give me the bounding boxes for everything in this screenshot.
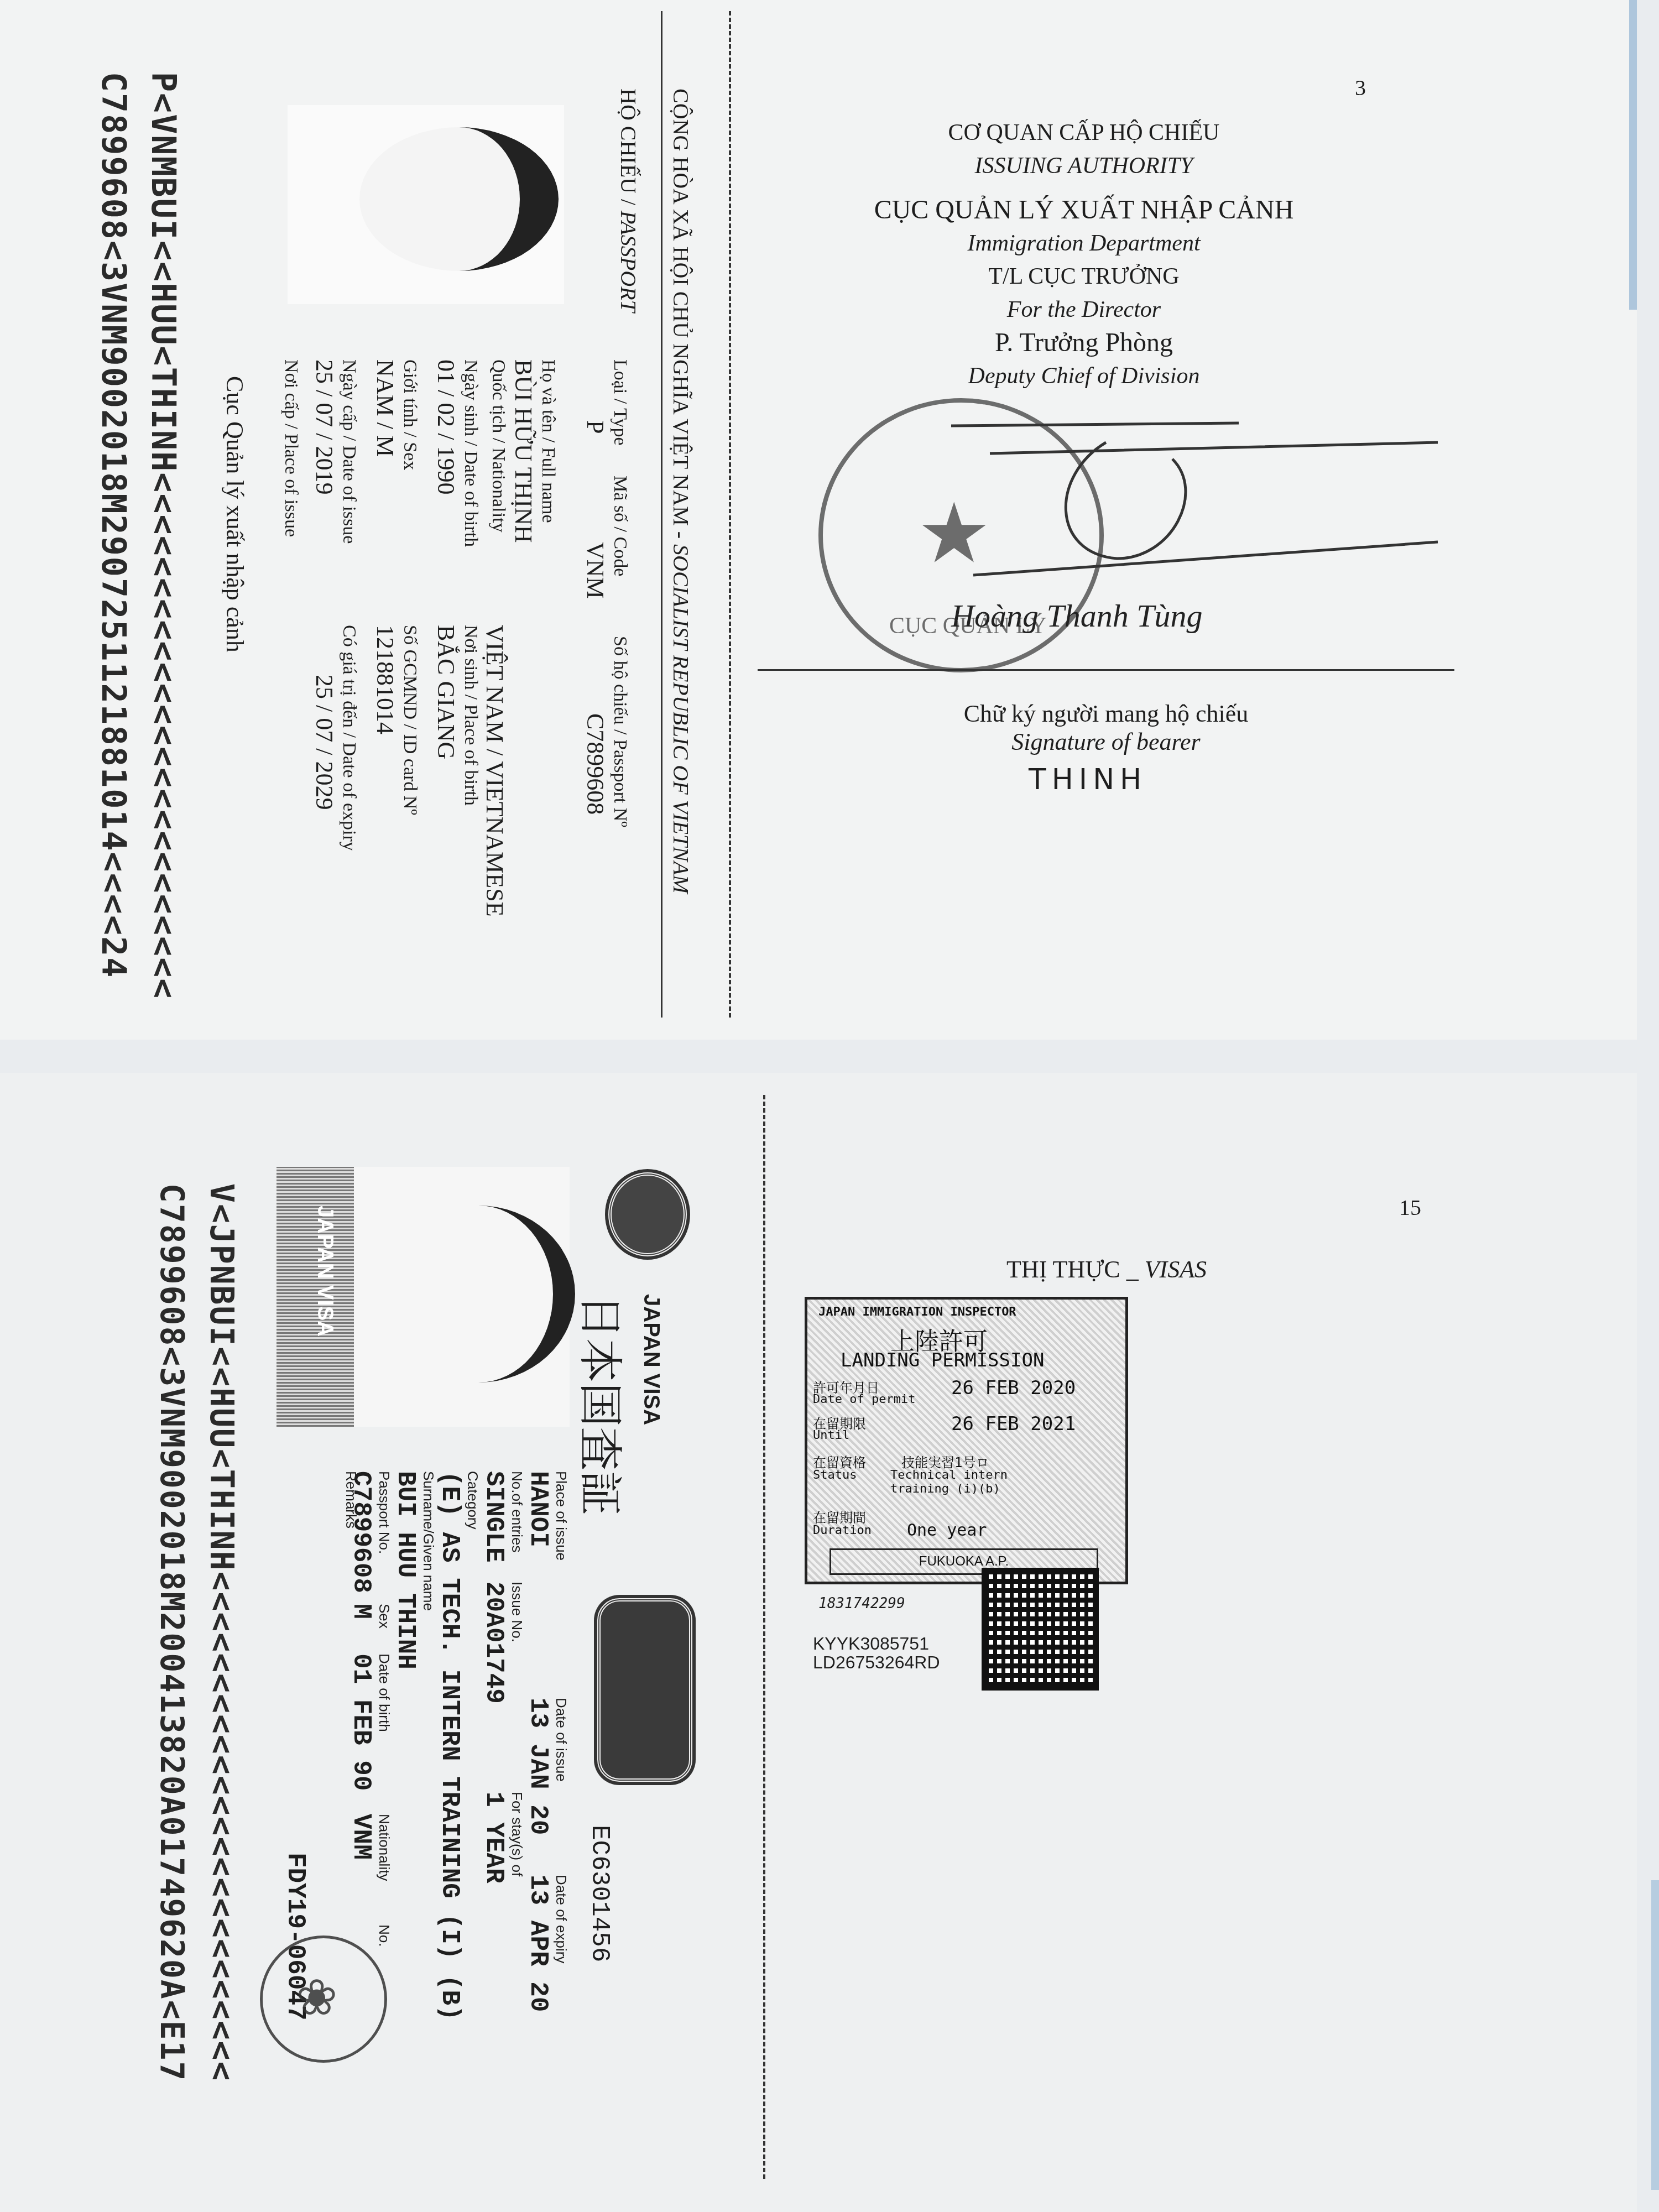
field-id-card: Số GCMND / ID card Nº 121881014: [371, 625, 420, 815]
issuing-authority-block: CƠ QUAN CẤP HỘ CHIẾU ISSUING AUTHORITY C…: [763, 116, 1405, 393]
visa-place-of-issue: Place of issue HANOI: [524, 1471, 570, 1561]
signature-divider: [758, 669, 1454, 671]
passport-doc-title: HỘ CHIẾU / PASSPORT: [615, 88, 641, 312]
bearer-signature-label: Chữ ký người mang hộ chiếu Signature of …: [830, 700, 1383, 756]
passport-mrz-line-1: P<VNMBUI<<HUU<THINH<<<<<<<<<<<<<<<<<<<<<…: [144, 72, 182, 999]
visa-no-label: No.: [375, 1924, 393, 1947]
page-border: [661, 11, 662, 1018]
fold-line: [729, 11, 731, 1018]
visa-photo: JAPAN VISA: [276, 1167, 570, 1427]
background-edge: [1651, 1880, 1659, 2190]
field-nationality: VIỆT NAM / VIETNAMESE: [481, 625, 509, 917]
visa-category: Category (E) AS TECH. INTERN TRAINING (I…: [435, 1471, 481, 2021]
visa-date-of-expiry: Date of expiry 13 APR 20: [524, 1875, 570, 2012]
visa-sex: Sex M: [347, 1604, 393, 1629]
visa-remarks-label: Remarks: [342, 1471, 359, 1528]
visa-date-of-issue: Date of issue 13 JAN 20: [524, 1698, 570, 1835]
field-issue-date: Ngày cấp / Date of issue 25 / 07 / 2019: [310, 359, 359, 544]
visa-entries: No.of entries SINGLE: [479, 1471, 525, 1563]
visa-serial: EC6301456: [585, 1825, 614, 1962]
background-edge: [1629, 0, 1637, 310]
field-code: Mã số / Code VNM: [581, 476, 630, 599]
page-number: 3: [1355, 75, 1366, 101]
visa-mrz-line-1: V<JPNBUI<<HUU<THINH<<<<<<<<<<<<<<<<<<<<<…: [203, 1183, 241, 2081]
field-expiry: Có giá trị đến / Date of expiry 25 / 07 …: [310, 625, 359, 851]
field-pob: Nơi sinh / Place of birth BẮC GIANG: [432, 625, 481, 806]
visa-ornament: [597, 1598, 692, 1782]
landing-permission-stamp: JAPAN IMMIGRATION INSPECTOR 上陸許可 LANDING…: [805, 1297, 1128, 1584]
face-shape: [382, 1206, 575, 1383]
visa-nationality: Nationality VNM: [347, 1814, 393, 1881]
cherry-blossom-icon: [608, 1172, 687, 1256]
director-signature: [940, 409, 1465, 586]
visa-title-japanese: 日本国査証: [572, 1294, 636, 1515]
field-type: Loại / Type P: [581, 359, 630, 446]
stamp-codes: KYYK3085751 LD26753264RD: [813, 1634, 940, 1672]
field-full-name: Họ và tên / Full name BÙI HỮU THỊNH: [509, 359, 559, 543]
passport-spread: CỘNG HÒA XÃ HỘI CHỦ NGHĨA VIỆT NAM - SOC…: [0, 0, 1637, 1040]
field-dob: Ngày sinh / Date of birth 01 / 02 / 1990: [432, 359, 481, 547]
stamp-ref-number: 1831742299: [818, 1595, 905, 1612]
permit-date: 26 FEB 2020: [951, 1377, 1076, 1399]
visas-header: THỊ THỰC _ VISAS: [1006, 1255, 1207, 1284]
visa-mrz-line-2: C7899608<3VNM9002018M200413820A01749620A…: [153, 1183, 191, 2081]
fold-line: [763, 1095, 765, 2179]
paulownia-crest-icon: ❀: [296, 1969, 337, 2027]
field-place-of-issue: Nơi cấp / Place of issue: [280, 359, 301, 537]
page-number: 15: [1399, 1194, 1421, 1220]
visa-spread: JAPAN VISA 日本国査証 EC6301456 JAPAN VISA Pl…: [0, 1073, 1637, 2212]
visa-stay: For stay(s) of 1 YEAR: [479, 1792, 525, 1884]
field-sex: Giới tính / Sex NAM / M: [371, 359, 420, 470]
passport-header: CỘNG HÒA XÃ HỘI CHỦ NGHĨA VIỆT NAM - SOC…: [668, 88, 694, 894]
visa-title: JAPAN VISA: [639, 1294, 664, 1425]
signer-name: Hoàng Thanh Tùng: [951, 597, 1202, 634]
holder-photo: [288, 105, 564, 304]
field-place-of-issue-value: Cục Quản lý xuất nhập cảnh: [221, 376, 249, 653]
qr-code: [982, 1568, 1099, 1691]
field-nationality-label: Quốc tịch / Nationality: [488, 359, 509, 533]
face-shape: [359, 127, 559, 271]
passport-mrz-line-2: C7899608<3VNM9002018M2907251121881014<<<…: [94, 72, 133, 978]
visa-dob: Date of birth 01 FEB 90: [347, 1653, 393, 1791]
field-passport-number: Số hộ chiếu / Passport Nº C7899608: [581, 636, 630, 827]
bearer-signature: THINH: [1029, 763, 1147, 796]
until-date: 26 FEB 2021: [951, 1413, 1076, 1435]
visa-name: Surname/Given name BUI HUU THINH: [391, 1471, 437, 1670]
mofa-seal: ❀: [260, 1936, 387, 2063]
visa-issue-number: Issue No. 20A01749: [479, 1582, 525, 1704]
